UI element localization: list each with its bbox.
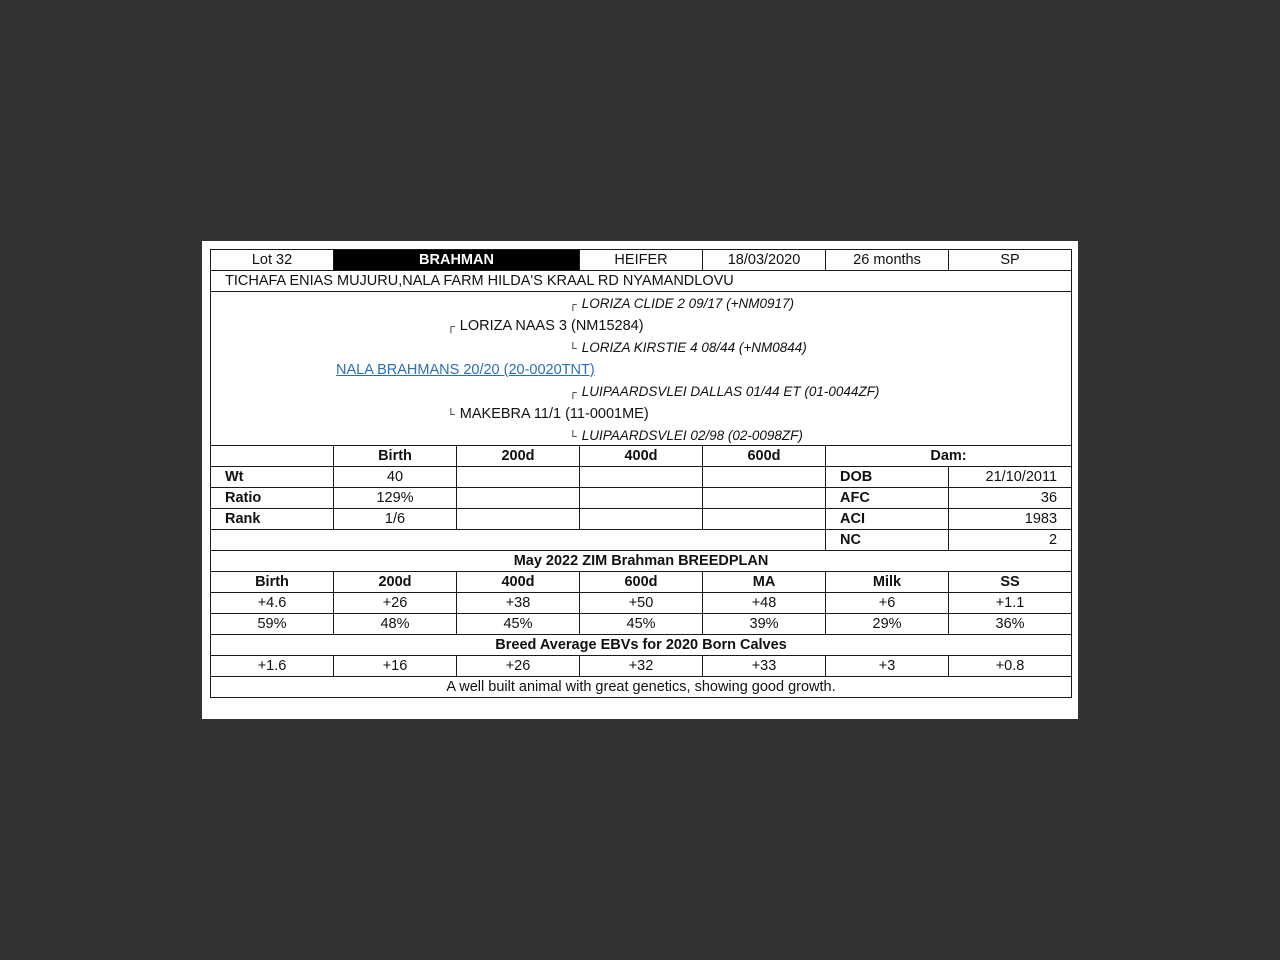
blank-cell <box>211 530 826 551</box>
pedigree-sire-sire: ┌LORIZA CLIDE 2 09/17 (+NM0917) <box>569 294 794 315</box>
ebv-header: 200d <box>334 572 457 593</box>
ebv-value: +50 <box>580 593 703 614</box>
pedigree-tree: ┌LORIZA CLIDE 2 09/17 (+NM0917) ┌LORIZA … <box>211 292 1072 446</box>
row-label: Wt <box>211 467 334 488</box>
performance-header-row: Birth 200d 400d 600d Dam: <box>211 446 1072 467</box>
breedplan-header-row: Birth 200d 400d 600d MA Milk SS <box>211 572 1072 593</box>
sire-sire-name: LORIZA CLIDE 2 09/17 (+NM0917) <box>582 296 794 311</box>
lot-sheet: Lot 32 BRAHMAN HEIFER 18/03/2020 26 mont… <box>210 249 1072 698</box>
pedigree-dam-sire: ┌LUIPAARDSVLEI DALLAS 01/44 ET (01-0044Z… <box>569 382 879 403</box>
ebv-value: +4.6 <box>211 593 334 614</box>
breed-average-title-row: Breed Average EBVs for 2020 Born Calves <box>211 635 1072 656</box>
row-label: Rank <box>211 509 334 530</box>
dam-value: 36 <box>949 488 1072 509</box>
performance-header-400d: 400d <box>580 446 703 467</box>
performance-header-200d: 200d <box>457 446 580 467</box>
breedplan-accuracy-row: 59% 48% 45% 45% 39% 29% 36% <box>211 614 1072 635</box>
category: SP <box>949 250 1072 271</box>
performance-row-ratio: Ratio 129% AFC 36 <box>211 488 1072 509</box>
breed-average-value: +3 <box>826 656 949 677</box>
performance-header-blank <box>211 446 334 467</box>
cell <box>580 488 703 509</box>
cell <box>703 509 826 530</box>
dam-value: 1983 <box>949 509 1072 530</box>
cell <box>457 467 580 488</box>
bracket-bottom-icon: └ <box>447 405 455 425</box>
bracket-top-icon: ┌ <box>569 383 577 403</box>
breed-badge: BRAHMAN <box>334 250 580 271</box>
dam-title: Dam: <box>826 446 1072 467</box>
breedplan-title-row: May 2022 ZIM Brahman BREEDPLAN <box>211 551 1072 572</box>
pedigree-dam-dam: └LUIPAARDSVLEI 02/98 (02-0098ZF) <box>569 426 803 446</box>
ebv-accuracy: 48% <box>334 614 457 635</box>
ebv-header: SS <box>949 572 1072 593</box>
dam-value: 2 <box>949 530 1072 551</box>
breed-average-value: +33 <box>703 656 826 677</box>
dam-nc-row: NC 2 <box>211 530 1072 551</box>
ebv-accuracy: 36% <box>949 614 1072 635</box>
cell <box>703 488 826 509</box>
bracket-bottom-icon: └ <box>569 427 577 446</box>
ebv-value: +38 <box>457 593 580 614</box>
cell <box>580 509 703 530</box>
ebv-header: 600d <box>580 572 703 593</box>
date-of-birth: 18/03/2020 <box>703 250 826 271</box>
ebv-accuracy: 29% <box>826 614 949 635</box>
pedigree-row: ┌LORIZA CLIDE 2 09/17 (+NM0917) ┌LORIZA … <box>211 292 1072 446</box>
performance-header-birth: Birth <box>334 446 457 467</box>
sire-name: LORIZA NAAS 3 (NM15284) <box>460 318 644 334</box>
pedigree-sire: ┌LORIZA NAAS 3 (NM15284) <box>447 316 644 337</box>
owner-address: TICHAFA ENIAS MUJURU,NALA FARM HILDA'S K… <box>211 271 1072 292</box>
dam-label: AFC <box>826 488 949 509</box>
lot-card: Lot 32 BRAHMAN HEIFER 18/03/2020 26 mont… <box>202 241 1078 719</box>
cell: 1/6 <box>334 509 457 530</box>
ebv-value: +48 <box>703 593 826 614</box>
breed-average-value: +0.8 <box>949 656 1072 677</box>
ebv-header: Milk <box>826 572 949 593</box>
pedigree-dam: └MAKEBRA 11/1 (11-0001ME) <box>447 404 649 425</box>
ebv-accuracy: 45% <box>457 614 580 635</box>
dam-label: NC <box>826 530 949 551</box>
cell <box>580 467 703 488</box>
performance-row-rank: Rank 1/6 ACI 1983 <box>211 509 1072 530</box>
bracket-top-icon: ┌ <box>447 317 455 337</box>
sire-dam-name: LORIZA KIRSTIE 4 08/44 (+NM0844) <box>582 340 807 355</box>
ebv-accuracy: 59% <box>211 614 334 635</box>
animal-name-link[interactable]: NALA BRAHMANS 20/20 (20-0020TNT) <box>336 360 595 380</box>
breed-average-value: +32 <box>580 656 703 677</box>
row-label: Ratio <box>211 488 334 509</box>
ebv-header: MA <box>703 572 826 593</box>
comment-row: A well built animal with great genetics,… <box>211 677 1072 698</box>
pedigree-sire-dam: └LORIZA KIRSTIE 4 08/44 (+NM0844) <box>569 338 807 359</box>
ebv-value: +26 <box>334 593 457 614</box>
ebv-header: Birth <box>211 572 334 593</box>
breed-average-value: +1.6 <box>211 656 334 677</box>
ebv-value: +1.1 <box>949 593 1072 614</box>
breed-average-row: +1.6 +16 +26 +32 +33 +3 +0.8 <box>211 656 1072 677</box>
ebv-header: 400d <box>457 572 580 593</box>
performance-header-600d: 600d <box>703 446 826 467</box>
lot-number: Lot 32 <box>211 250 334 271</box>
breed-average-value: +26 <box>457 656 580 677</box>
bracket-bottom-icon: └ <box>569 339 577 359</box>
owner-row: TICHAFA ENIAS MUJURU,NALA FARM HILDA'S K… <box>211 271 1072 292</box>
ebv-value: +6 <box>826 593 949 614</box>
comment: A well built animal with great genetics,… <box>211 677 1072 698</box>
cell <box>457 509 580 530</box>
breed-average-value: +16 <box>334 656 457 677</box>
dam-dam-name: LUIPAARDSVLEI 02/98 (02-0098ZF) <box>582 428 803 443</box>
breed-average-title: Breed Average EBVs for 2020 Born Calves <box>211 635 1072 656</box>
dam-name: MAKEBRA 11/1 (11-0001ME) <box>460 406 649 422</box>
dam-label: DOB <box>826 467 949 488</box>
cell <box>703 467 826 488</box>
cell: 40 <box>334 467 457 488</box>
bracket-top-icon: ┌ <box>569 295 577 315</box>
breedplan-title: May 2022 ZIM Brahman BREEDPLAN <box>211 551 1072 572</box>
dam-label: ACI <box>826 509 949 530</box>
sex: HEIFER <box>580 250 703 271</box>
cell <box>457 488 580 509</box>
performance-row-wt: Wt 40 DOB 21/10/2011 <box>211 467 1072 488</box>
dam-value: 21/10/2011 <box>949 467 1072 488</box>
lot-header-row: Lot 32 BRAHMAN HEIFER 18/03/2020 26 mont… <box>211 250 1072 271</box>
cell: 129% <box>334 488 457 509</box>
dam-sire-name: LUIPAARDSVLEI DALLAS 01/44 ET (01-0044ZF… <box>582 384 880 399</box>
ebv-accuracy: 39% <box>703 614 826 635</box>
age: 26 months <box>826 250 949 271</box>
breedplan-ebv-row: +4.6 +26 +38 +50 +48 +6 +1.1 <box>211 593 1072 614</box>
ebv-accuracy: 45% <box>580 614 703 635</box>
